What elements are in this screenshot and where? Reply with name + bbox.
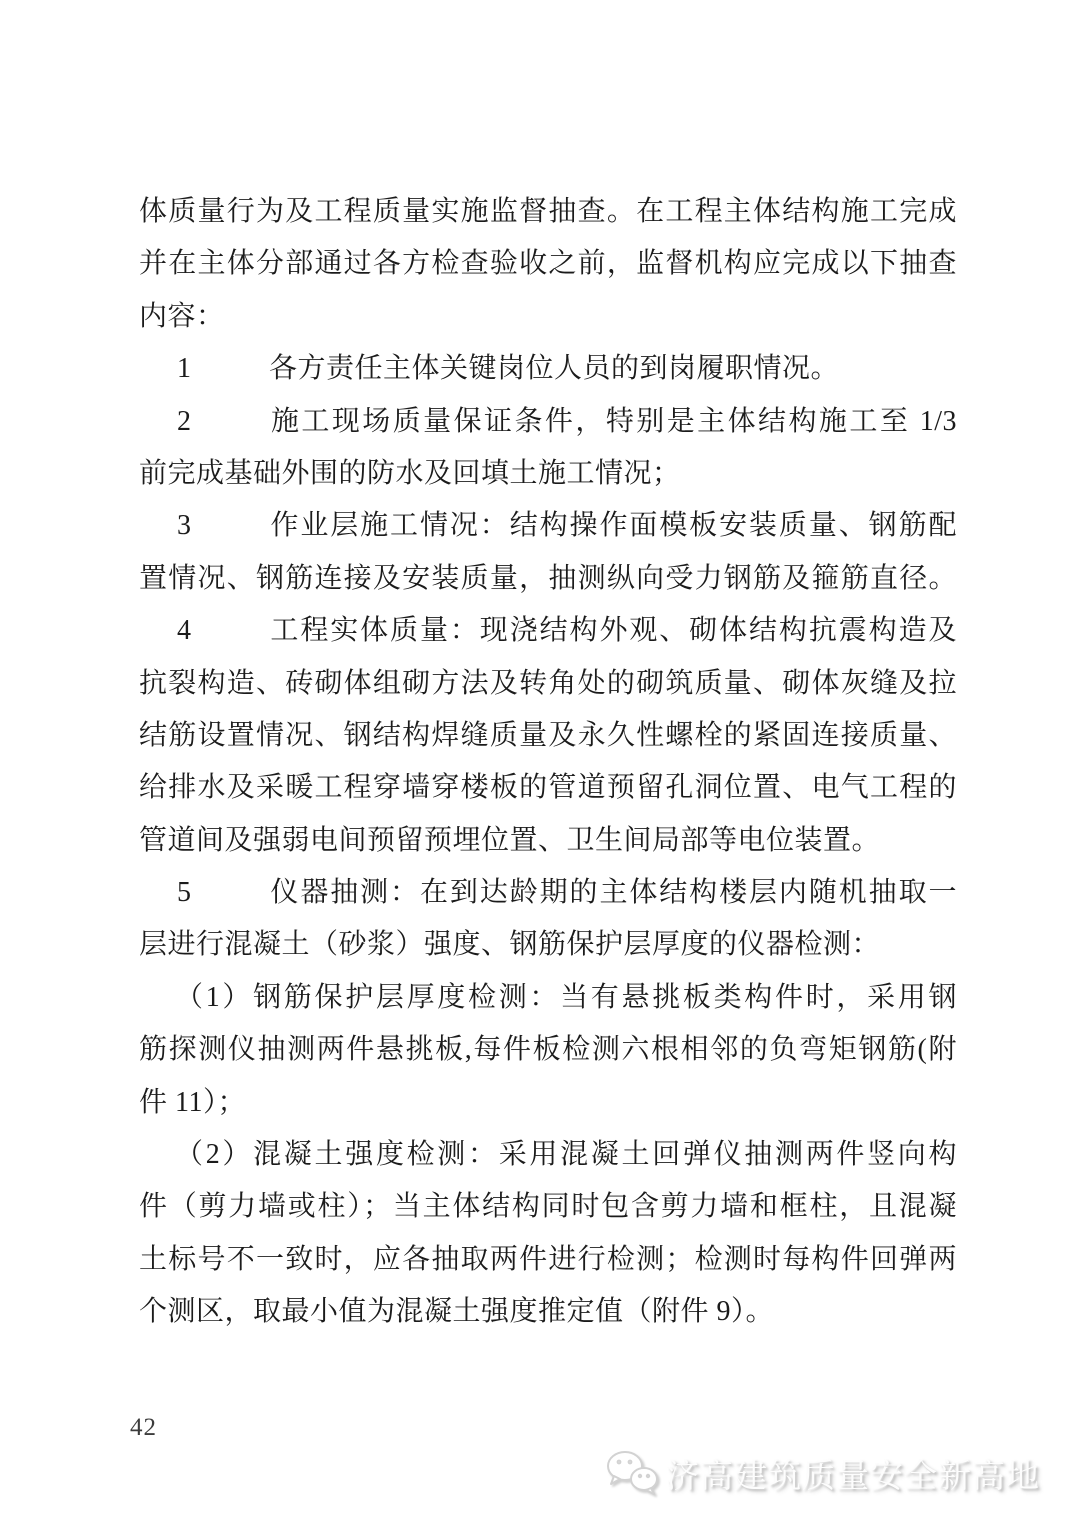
numbered-item-line: 1各方责任主体关键岗位人员的到岗履职情况。: [139, 343, 957, 395]
text-line: 给排水及采暖工程穿墙穿楼板的管道预留孔洞位置、电气工程的: [139, 762, 957, 814]
item-number: 4: [177, 605, 269, 657]
numbered-item-line: 4工程实体质量：现浇结构外观、砌体结构抗震构造及: [139, 605, 957, 657]
numbered-item-line: 5仪器抽测：在到达龄期的主体结构楼层内随机抽取一: [139, 867, 957, 919]
page-number: 42: [130, 1414, 157, 1442]
wechat-icon: [604, 1448, 660, 1498]
text-line: 土标号不一致时，应各抽取两件进行检测；检测时每构件回弹两: [139, 1234, 957, 1286]
text-line: 筋探测仪抽测两件悬挑板,每件板检测六根相邻的负弯矩钢筋(附: [139, 1024, 957, 1076]
text-line: 体质量行为及工程质量实施监督抽查。在工程主体结构施工完成: [139, 186, 957, 238]
text-line: 并在主体分部通过各方检查验收之前，监督机构应完成以下抽查: [139, 238, 957, 290]
text-line: 置情况、钢筋连接及安装质量，抽测纵向受力钢筋及箍筋直径。: [139, 553, 957, 605]
item-text: 作业层施工情况：结构操作面模板安装质量、钢筋配: [269, 510, 957, 541]
numbered-item-line: 3作业层施工情况：结构操作面模板安装质量、钢筋配: [139, 500, 957, 552]
sub-item-line: （1）钢筋保护层厚度检测：当有悬挑板类构件时，采用钢: [139, 972, 957, 1024]
text-line: 件（剪力墙或柱）；当主体结构同时包含剪力墙和框柱，且混凝: [139, 1181, 957, 1233]
text-line: 前完成基础外围的防水及回填土施工情况；: [139, 448, 957, 500]
sub-item-line: （2）混凝土强度检测：采用混凝土回弹仪抽测两件竖向构: [139, 1129, 957, 1181]
body-text: 体质量行为及工程质量实施监督抽查。在工程主体结构施工完成 并在主体分部通过各方检…: [139, 186, 957, 1339]
text-line: 管道间及强弱电间预留预埋位置、卫生间局部等电位装置。: [139, 815, 957, 867]
text-line: 件 11）；: [139, 1077, 957, 1129]
item-text: 各方责任主体关键岗位人员的到岗履职情况。: [269, 353, 839, 384]
text-line: 抗裂构造、砖砌体组砌方法及转角处的砌筑质量、砌体灰缝及拉: [139, 658, 957, 710]
item-text: 施工现场质量保证条件，特别是主体结构施工至 1/3: [269, 406, 957, 437]
brand-watermark: 济高建筑质量安全新高地: [604, 1448, 1040, 1498]
numbered-item-line: 2施工现场质量保证条件，特别是主体结构施工至 1/3: [139, 396, 957, 448]
text-line: 结筋设置情况、钢结构焊缝质量及永久性螺栓的紧固连接质量、: [139, 710, 957, 762]
item-number: 2: [177, 396, 269, 448]
item-number: 5: [177, 867, 269, 919]
text-line: 层进行混凝土（砂浆）强度、钢筋保护层厚度的仪器检测：: [139, 919, 957, 971]
document-page: 体质量行为及工程质量实施监督抽查。在工程主体结构施工完成 并在主体分部通过各方检…: [0, 0, 1080, 1527]
brand-name: 济高建筑质量安全新高地: [666, 1450, 1040, 1497]
text-line: 内容：: [139, 291, 957, 343]
item-number: 1: [177, 343, 269, 395]
text-line: 个测区，取最小值为混凝土强度推定值（附件 9）。: [139, 1286, 957, 1338]
item-text: 工程实体质量：现浇结构外观、砌体结构抗震构造及: [269, 615, 957, 646]
item-text: 仪器抽测：在到达龄期的主体结构楼层内随机抽取一: [269, 877, 957, 908]
item-number: 3: [177, 500, 269, 552]
